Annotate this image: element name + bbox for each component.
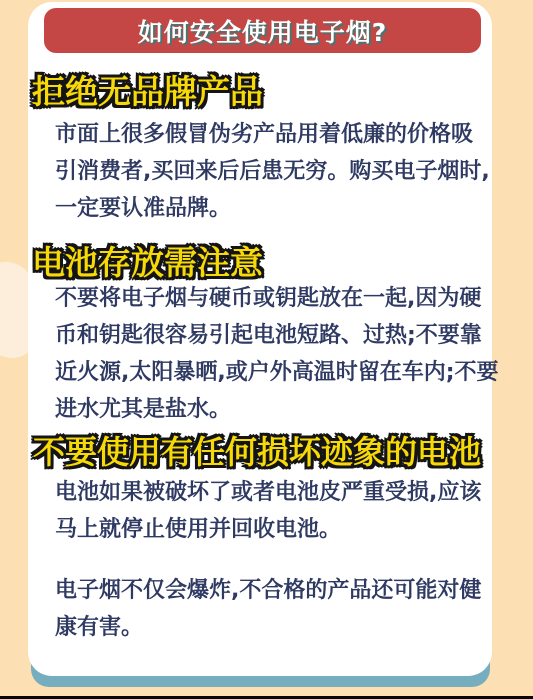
text-line: 市面上很多假冒伪劣产品用着低廉的价格吸 bbox=[55, 116, 485, 153]
paragraph-battery-storage: 不要将电子烟与硬币或钥匙放在一起,因为硬 币和钥匙很容易引起电池短路、过热;不要… bbox=[55, 280, 485, 428]
text-line: 电子烟不仅会爆炸,不合格的产品还可能对健 bbox=[55, 572, 485, 609]
text-line: 币和钥匙很容易引起电池短路、过热;不要靠 bbox=[55, 317, 485, 354]
text-line: 不要将电子烟与硬币或钥匙放在一起,因为硬 bbox=[55, 280, 485, 317]
text-line: 康有害。 bbox=[55, 609, 485, 646]
poster-body: 拒绝无品牌产品 市面上很多假冒伪劣产品用着低廉的价格吸 引消费者,买回来后后患无… bbox=[0, 0, 533, 699]
text-line: 进水尤其是盐水。 bbox=[55, 391, 485, 428]
paragraph-no-brand: 市面上很多假冒伪劣产品用着低廉的价格吸 引消费者,买回来后后患无穷。购买电子烟时… bbox=[55, 116, 485, 227]
text-line: 马上就停止使用并回收电池。 bbox=[55, 511, 485, 548]
paragraph-explosion-warning: 电子烟不仅会爆炸,不合格的产品还可能对健 康有害。 bbox=[55, 572, 485, 646]
infographic-poster: 如何安全使用电子烟? 拒绝无品牌产品 市面上很多假冒伪劣产品用着低廉的价格吸 引… bbox=[0, 0, 533, 699]
section-heading-battery-storage: 电池存放需注意 bbox=[32, 237, 263, 284]
section-heading-damaged-battery: 不要使用有任何损坏迹象的电池 bbox=[33, 427, 481, 473]
text-line: 引消费者,买回来后后患无穷。购买电子烟时, bbox=[55, 153, 485, 190]
text-line: 电池如果被破坏了或者电池皮严重受损,应该 bbox=[55, 474, 485, 511]
paragraph-damaged-battery: 电池如果被破坏了或者电池皮严重受损,应该 马上就停止使用并回收电池。 bbox=[55, 474, 485, 548]
text-line: 一定要认准品牌。 bbox=[55, 190, 485, 227]
section-heading-no-brand: 拒绝无品牌产品 bbox=[32, 66, 263, 113]
text-line: 近火源,太阳暴晒,或户外高温时留在车内;不要 bbox=[55, 354, 485, 391]
